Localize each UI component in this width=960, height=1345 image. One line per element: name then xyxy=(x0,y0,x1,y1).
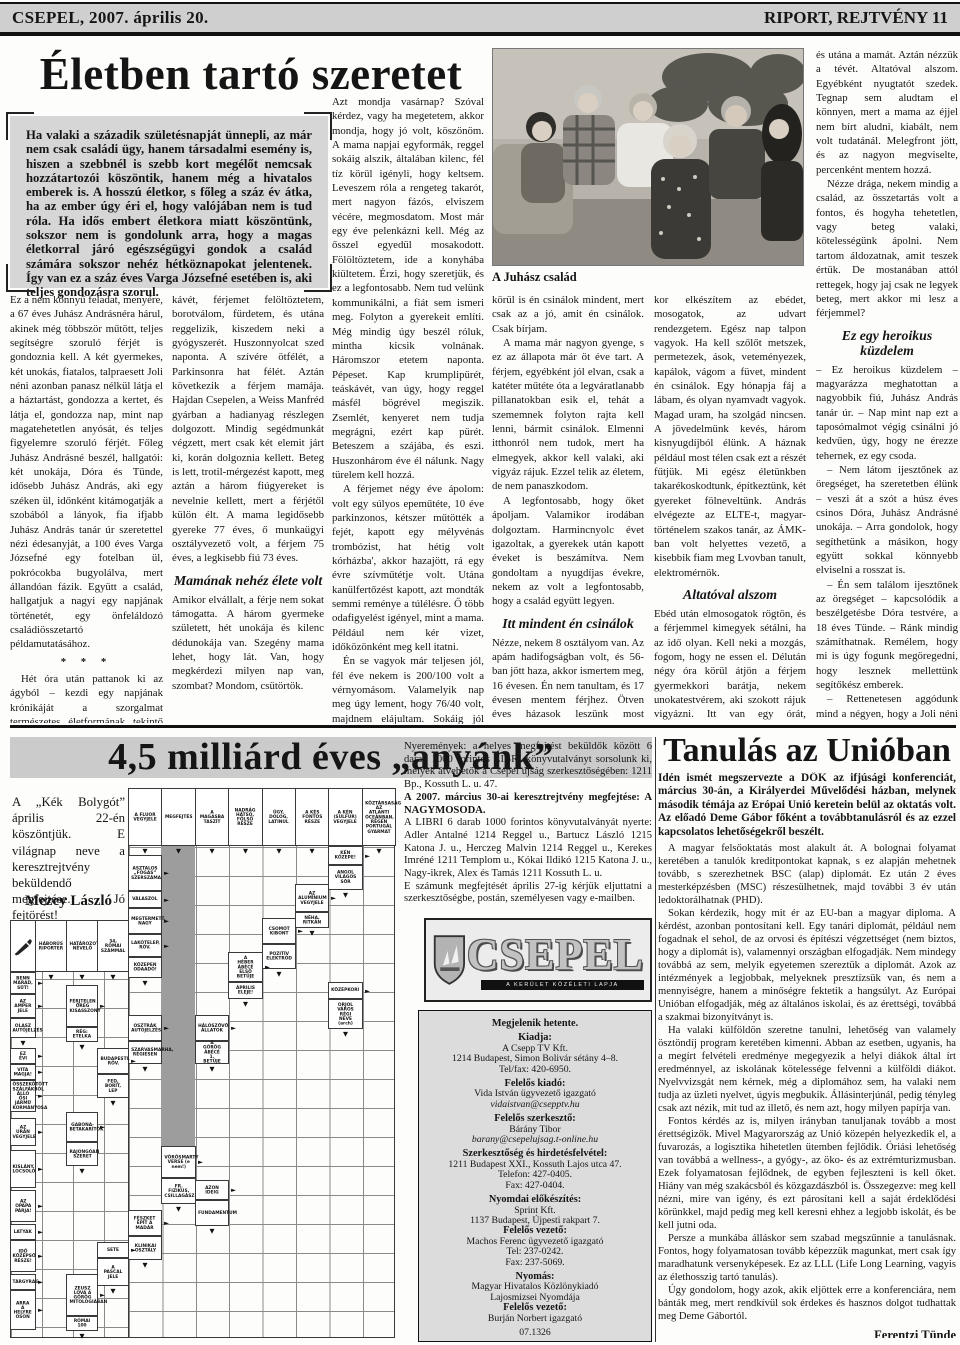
imprint-line: Tel/fax: 420-6950. xyxy=(425,1065,645,1075)
newspaper-page: CSEPEL, 2007. április 20. RIPORT, REJTVÉ… xyxy=(0,0,960,1345)
paragraph: Nézze drága, nekem mindig a család, az ö… xyxy=(816,177,958,320)
photo-caption: A Juhász család xyxy=(492,270,804,285)
column-divider-rule xyxy=(655,737,656,1342)
puzzle-author: Mezey László xyxy=(12,893,125,910)
imprint-line: barany@csepelujsag.t-online.hu xyxy=(425,1135,645,1145)
article-column-6: és utána a mamát. Aztán nézzük a tévét. … xyxy=(816,48,958,724)
second-article-body: Idén ismét megszervezte a DÖK az ifjúság… xyxy=(658,772,956,1338)
imprint-line: Megjelenik hetente. xyxy=(425,1019,645,1029)
imprint-line: Burján Norbert igazgató xyxy=(425,1314,645,1324)
paragraph: Ha valaki külföldön szeretne tanulni, le… xyxy=(658,1024,956,1115)
article-column-1: Ez a nem könnyű feladat, menyére, a 67 é… xyxy=(10,293,163,723)
masthead-imprint-box: Megjelenik hetente.Kiadja:A Csepp TV Kft… xyxy=(418,1010,652,1342)
paragraph: Nézze, nekem 8 osztályom van. Az apám ha… xyxy=(492,636,644,723)
paragraph: A férjemet négy éve ápolom: volt egy súl… xyxy=(332,482,484,654)
crossword-grid-left xyxy=(10,920,129,1338)
paragraph: Ez a nem könnyű feladat, menyére, a 67 é… xyxy=(10,293,163,652)
paragraph: A 2007. március 30-ai keresztrejtvény me… xyxy=(404,792,652,817)
crossword-solution-column xyxy=(161,846,195,1146)
byline: Ferentzi Tünde xyxy=(658,1329,956,1338)
paragraph: Úgy gondolom, hogy azok, akik eljöttek e… xyxy=(658,1284,956,1323)
paragraph: és utána a mamát. Aztán nézzük a tévét. … xyxy=(816,48,958,177)
newspaper-logo: CSEPEL A KERÜLET KÖZÉLETI LAPJA xyxy=(424,918,652,1002)
imprint-line: Nyomdai előkészítés: xyxy=(425,1195,645,1205)
article-column-4: körül is én csinálok mindent, mert csak … xyxy=(492,293,644,723)
imprint-line: Tel: 237-0242. xyxy=(425,1247,645,1257)
section-divider-rule xyxy=(10,725,956,728)
paragraph: Persze a munkába álláskor sem szabad meg… xyxy=(658,1232,956,1284)
family-photo xyxy=(492,48,804,266)
paragraph: – Rettenetesen aggódunk mind a négyen, h… xyxy=(816,692,958,724)
paragraph: A magyar felsőoktatás most alakult át. A… xyxy=(658,842,956,907)
paragraph: kor elkészítem az ebédet, mosogatok, az … xyxy=(654,293,806,580)
paragraph: A LIBRI 6 darab 1000 forintos könyvutalv… xyxy=(404,817,652,881)
paragraph: Idén ismét megszervezte a DÖK az ifjúság… xyxy=(658,772,956,839)
logo-text: CSEPEL A KERÜLET KÖZÉLETI LAPJA xyxy=(467,931,644,990)
second-article-title: Tanulás az Unióban xyxy=(658,734,956,768)
ornament-corner-icon xyxy=(6,112,34,140)
subheading: Mamának nehéz élete volt xyxy=(172,573,324,588)
ornament-corner-icon xyxy=(6,264,34,292)
imprint-line: Felelős vezető: xyxy=(425,1303,645,1313)
coat-of-arms-icon xyxy=(432,932,467,988)
paragraph: A mama már nagyon gyenge, s ez az állapo… xyxy=(492,336,644,494)
paragraph: – Én sem találom ijesztőnek az öregséget… xyxy=(816,578,958,693)
paragraph: * * * xyxy=(10,655,163,669)
paragraph: Sokan kérdezik, hogy mit ér az EU-ban a … xyxy=(658,907,956,1024)
paragraph: A legfontosabb, hogy őket ápoljam. Valam… xyxy=(492,494,644,609)
newspaper-date: CSEPEL, 2007. április 20. xyxy=(12,8,208,28)
paragraph: Én se vagyok már teljesen jól, fél éve n… xyxy=(332,654,484,724)
paragraph: – Ez heroikus küzdelem – magyarázza megh… xyxy=(816,363,958,463)
prizes-notice: Nyeremények: a helyes megfejtést beküldő… xyxy=(404,741,652,917)
paragraph: Azt mondja vasárnap? Szóval kérdez, vagy… xyxy=(332,95,484,482)
imprint-line: vidaistvan@csepptv.hu xyxy=(425,1100,645,1110)
header-bar: CSEPEL, 2007. április 20. RIPORT, REJTVÉ… xyxy=(0,2,960,36)
paragraph: Amikor elvállalt, a férje nem sokat támo… xyxy=(172,593,324,693)
paragraph: Nyeremények: a helyes megfejtést beküldő… xyxy=(404,741,652,792)
article-column-3: Azt mondja vasárnap? Szóval kérdez, vagy… xyxy=(332,95,484,724)
paragraph: kávét, férjemet felöltöztetem, borotválo… xyxy=(172,293,324,566)
subheading: Itt mindent én csinálok xyxy=(492,616,644,631)
imprint-line: Fax: 237-5069. xyxy=(425,1258,645,1268)
subheading: Ez egy heroikus küzdelem xyxy=(816,328,958,358)
imprint-line: 07.1326 xyxy=(425,1328,645,1338)
logo-tagline: A KERÜLET KÖZÉLETI LAPJA xyxy=(481,980,644,990)
person-girl-right xyxy=(761,104,803,241)
pen-icon xyxy=(10,920,36,972)
paragraph: körül is én csinálok mindent, mert csak … xyxy=(492,293,644,336)
logo-wordmark: CSEPEL xyxy=(467,931,644,979)
lead-paragraph: Ha valaki a századik születésnapját ünne… xyxy=(26,128,312,300)
ornament-corner-icon xyxy=(304,112,332,140)
subheading: Altatóval alszom xyxy=(654,587,806,602)
paragraph: E számunk megfejtését április 27-ig kérj… xyxy=(404,881,652,906)
ornament-corner-icon xyxy=(304,264,332,292)
imprint-line: Fax: 427-0404. xyxy=(425,1181,645,1191)
paragraph: Fontos kérdés az is, milyen irányban tan… xyxy=(658,1115,956,1232)
section-page-number: RIPORT, REJTVÉNY 11 xyxy=(764,8,948,28)
paragraph: – Nem látom ijesztőnek az öregséget, ha … xyxy=(816,463,958,578)
paragraph: Ebéd után elmosogatok rögtön, és a férje… xyxy=(654,607,806,723)
article-column-2: kávét, férjemet felöltöztetem, borotválo… xyxy=(172,293,324,723)
lead-paragraph-box: Ha valaki a századik születésnapját ünne… xyxy=(10,116,328,288)
article-column-5: kor elkészítem az ebédet, mosogatok, az … xyxy=(654,293,806,723)
paragraph: Hét óra után pattanok ki az ágyból – kez… xyxy=(10,672,163,723)
